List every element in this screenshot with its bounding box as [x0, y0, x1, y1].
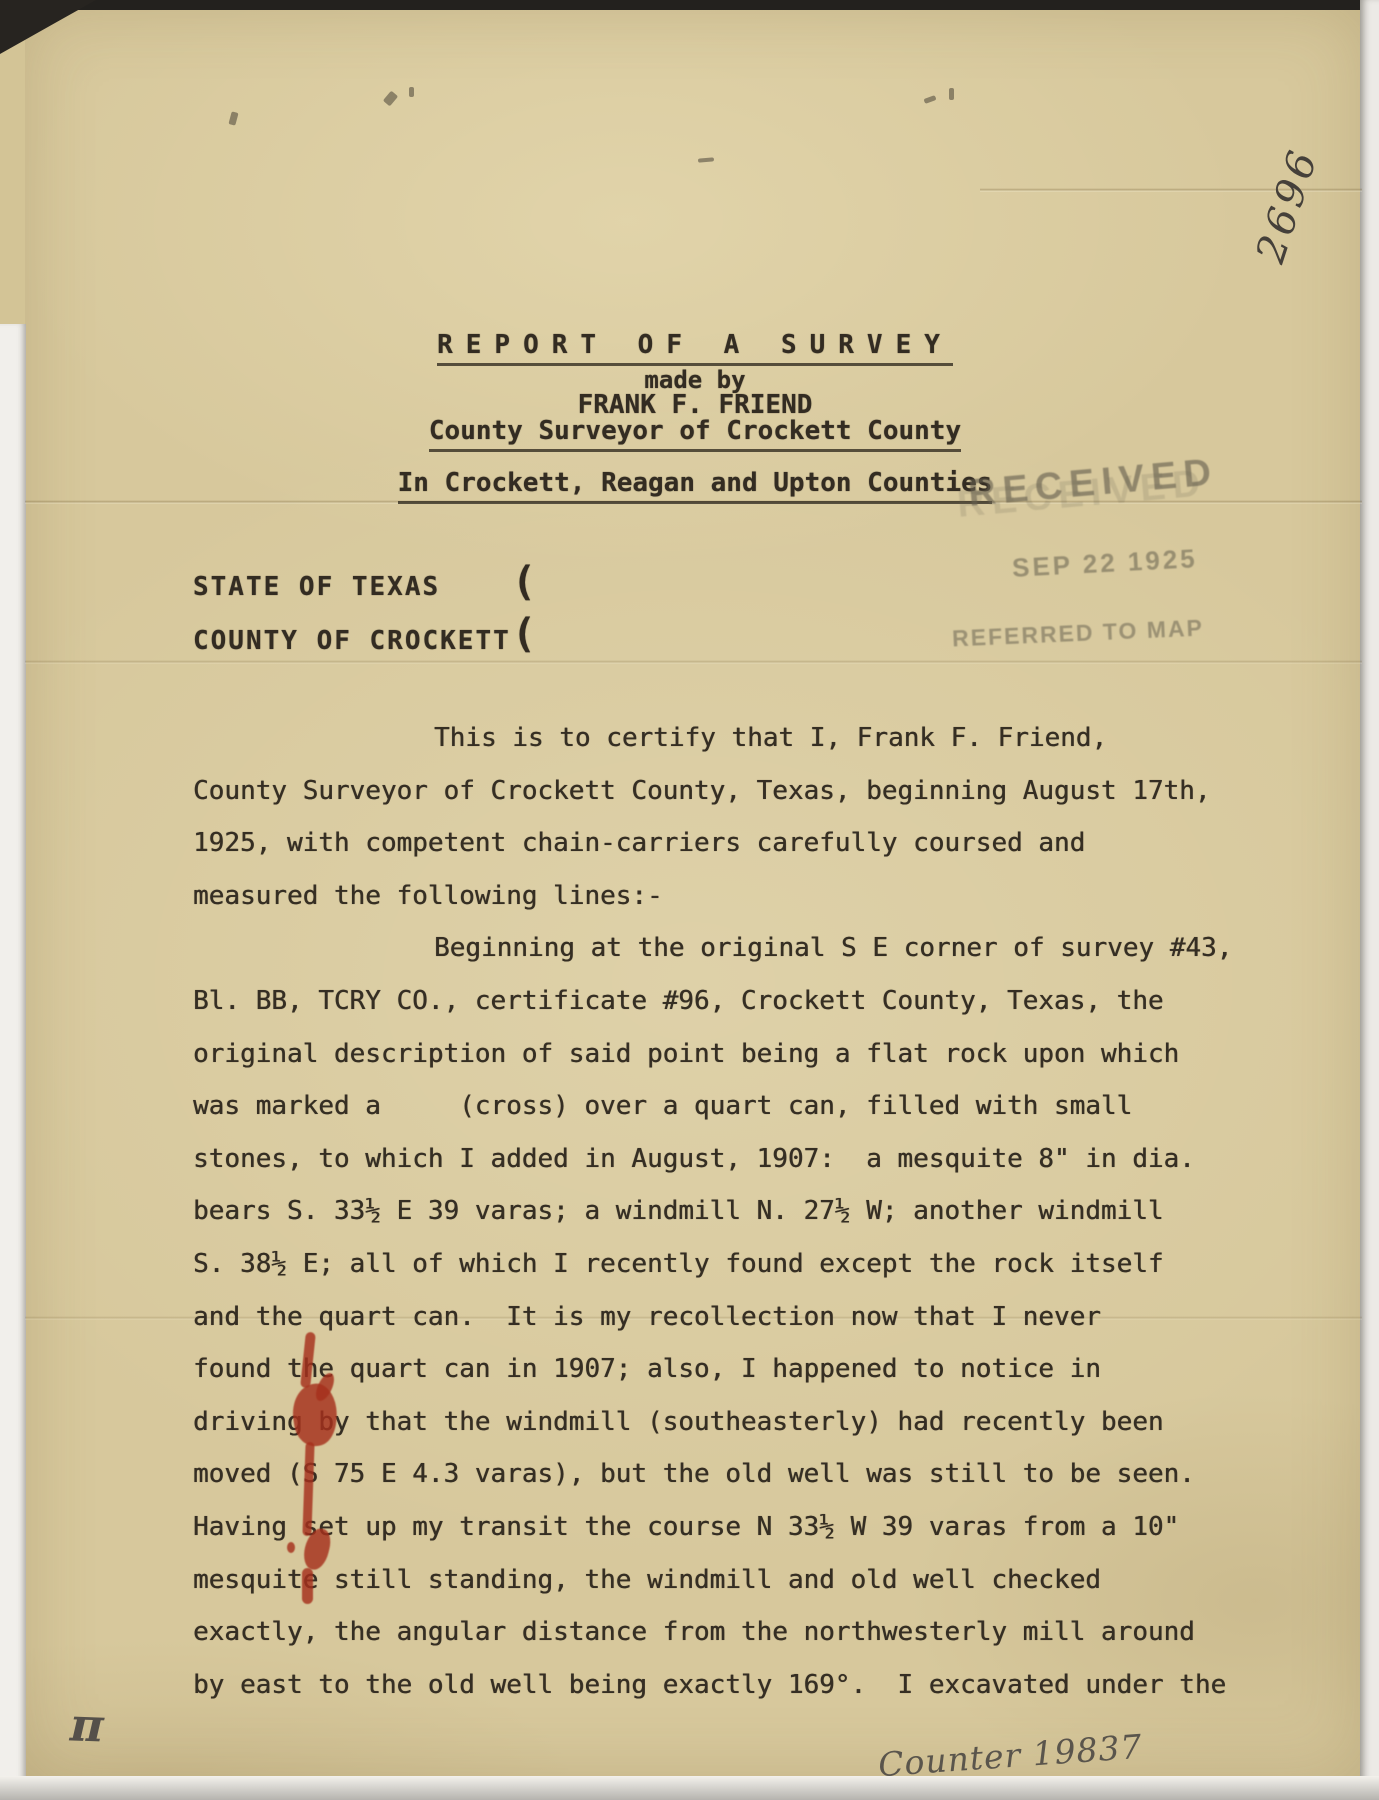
scan-left-edge — [0, 324, 26, 1780]
body-line: was marked a (cross) over a quart can, f… — [193, 1080, 1313, 1133]
scanned-document: 2696 REPORT OF A SURVEY made by FRANK F.… — [0, 0, 1379, 1800]
body-line: original description of said point being… — [193, 1028, 1313, 1081]
body-line: 1925, with competent chain-carriers care… — [193, 817, 1313, 870]
body-line: and the quart can. It is my recollection… — [193, 1291, 1313, 1344]
scan-top-edge — [0, 0, 1379, 10]
body-line: This is to certify that I, Frank F. Frie… — [193, 712, 1313, 765]
scan-right-edge — [1360, 0, 1379, 1800]
county-line: COUNTY OF CROCKETT — [193, 626, 511, 656]
scan-bottom-edge — [0, 1776, 1379, 1800]
body-line: County Surveyor of Crockett County, Texa… — [193, 765, 1313, 818]
red-ink-stain — [302, 1568, 313, 1604]
fold-crease — [25, 660, 1362, 664]
stray-mark — [409, 87, 414, 97]
report-title: REPORT OF A SURVEY — [28, 330, 1362, 360]
body-line: by east to the old well being exactly 16… — [193, 1659, 1313, 1712]
body-line: measured the following lines:- — [193, 870, 1313, 923]
body-line: Having set up my transit the course N 33… — [193, 1501, 1313, 1554]
body-line: exactly, the angular distance from the n… — [193, 1606, 1313, 1659]
paper-edge-extension — [0, 10, 25, 328]
state-line: STATE OF TEXAS — [193, 572, 440, 602]
body-line: Beginning at the original S E corner of … — [193, 922, 1313, 975]
handwritten-doc-number: 2696 — [1204, 168, 1354, 288]
section-brace: ( ( — [512, 556, 536, 660]
stray-mark — [949, 88, 954, 100]
body-line: moved (S 75 E 4.3 varas), but the old we… — [193, 1448, 1313, 1501]
body-line: S. 38½ E; all of which I recently found … — [193, 1238, 1313, 1291]
body-line: bears S. 33½ E 39 varas; a windmill N. 2… — [193, 1185, 1313, 1238]
body-text: This is to certify that I, Frank F. Frie… — [193, 712, 1313, 1711]
red-ink-stain — [287, 1542, 295, 1553]
author-title: County Surveyor of Crockett County — [28, 416, 1362, 446]
pencil-mark: π — [69, 1697, 105, 1752]
body-line: stones, to which I added in August, 1907… — [193, 1133, 1313, 1186]
body-line: found the quart can in 1907; also, I hap… — [193, 1343, 1313, 1396]
body-line: Bl. BB, TCRY CO., certificate #96, Crock… — [193, 975, 1313, 1028]
body-line: driving by that the windmill (southeaste… — [193, 1396, 1313, 1449]
body-line: mesquite still standing, the windmill an… — [193, 1554, 1313, 1607]
